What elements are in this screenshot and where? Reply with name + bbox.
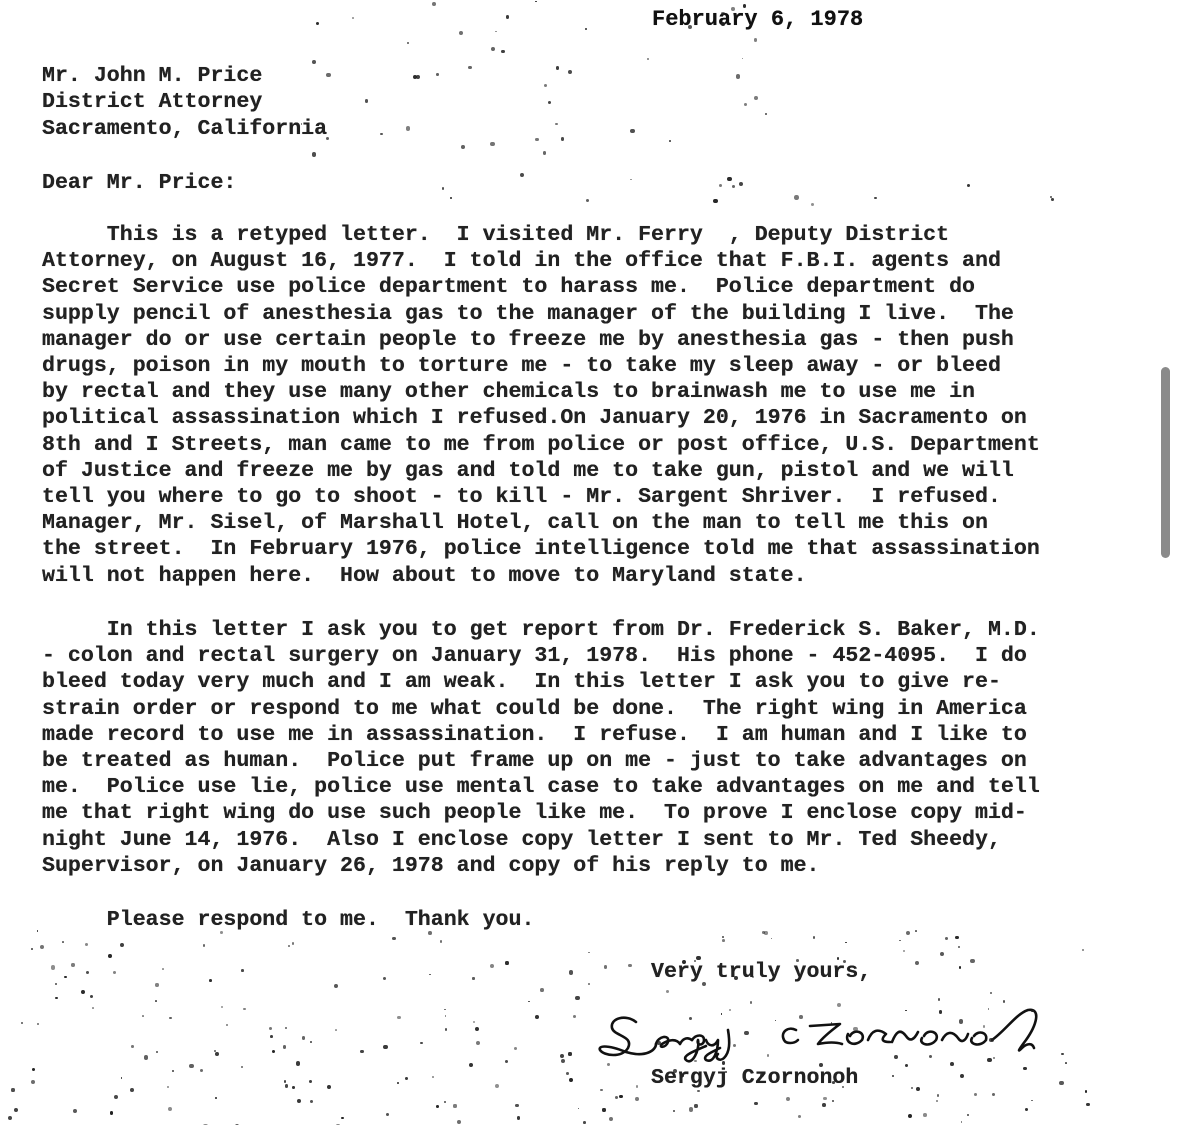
salutation: Dear Mr. Price: <box>42 170 236 196</box>
recipient-location: Sacramento, California <box>42 116 327 142</box>
body-line: strain order or respond to me what could… <box>42 696 1027 722</box>
body-line: manager do or use certain people to free… <box>42 327 1014 353</box>
vertical-scrollbar-thumb-icon[interactable] <box>1161 367 1170 558</box>
body-line: night June 14, 1976. Also I enclose copy… <box>42 827 1001 853</box>
body-line: drugs, poison in my mouth to torture me … <box>42 353 1001 379</box>
body-line: Attorney, on August 16, 1977. I told in … <box>42 248 1001 274</box>
body-line: of Justice and freeze me by gas and told… <box>42 458 1014 484</box>
body-line: political assassination which I refused.… <box>42 405 1027 431</box>
body-line: by rectal and they use many other chemic… <box>42 379 975 405</box>
body-line: - colon and rectal surgery on January 31… <box>42 643 1027 669</box>
body-line: me that right wing do use such people li… <box>42 800 1027 826</box>
body-line: Manager, Mr. Sisel, of Marshall Hotel, c… <box>42 510 988 536</box>
body-line: 8th and I Streets, man came to me from p… <box>42 432 1040 458</box>
body-line: made record to use me in assassination. … <box>42 722 1027 748</box>
recipient-title: District Attorney <box>42 89 262 115</box>
letter-date: February 6, 1978 <box>652 7 863 33</box>
body-line: Secret Service use police department to … <box>42 274 975 300</box>
body-line: be treated as human. Police put frame up… <box>42 748 1027 774</box>
body-line: Supervisor, on January 26, 1978 and copy… <box>42 853 820 879</box>
body-line: me. Police use lie, police use mental ca… <box>42 774 1040 800</box>
letter-page: February 6, 1978 Mr. John M. Price Distr… <box>0 0 1179 1125</box>
recipient-name: Mr. John M. Price <box>42 63 262 89</box>
body-line: the street. In February 1976, police int… <box>42 536 1040 562</box>
signer-name: Sergyj Czornonoh <box>651 1065 858 1091</box>
body-line: supply pencil of anesthesia gas to the m… <box>42 301 1014 327</box>
body-line: This is a retyped letter. I visited Mr. … <box>42 222 949 248</box>
body-line: In this letter I ask you to get report f… <box>42 617 1040 643</box>
body-line: Please respond to me. Thank you. <box>42 907 534 933</box>
body-line: will not happen here. How about to move … <box>42 563 807 589</box>
body-line: bleed today very much and I am weak. In … <box>42 669 1001 695</box>
body-line: tell you where to go to shoot - to kill … <box>42 484 1001 510</box>
